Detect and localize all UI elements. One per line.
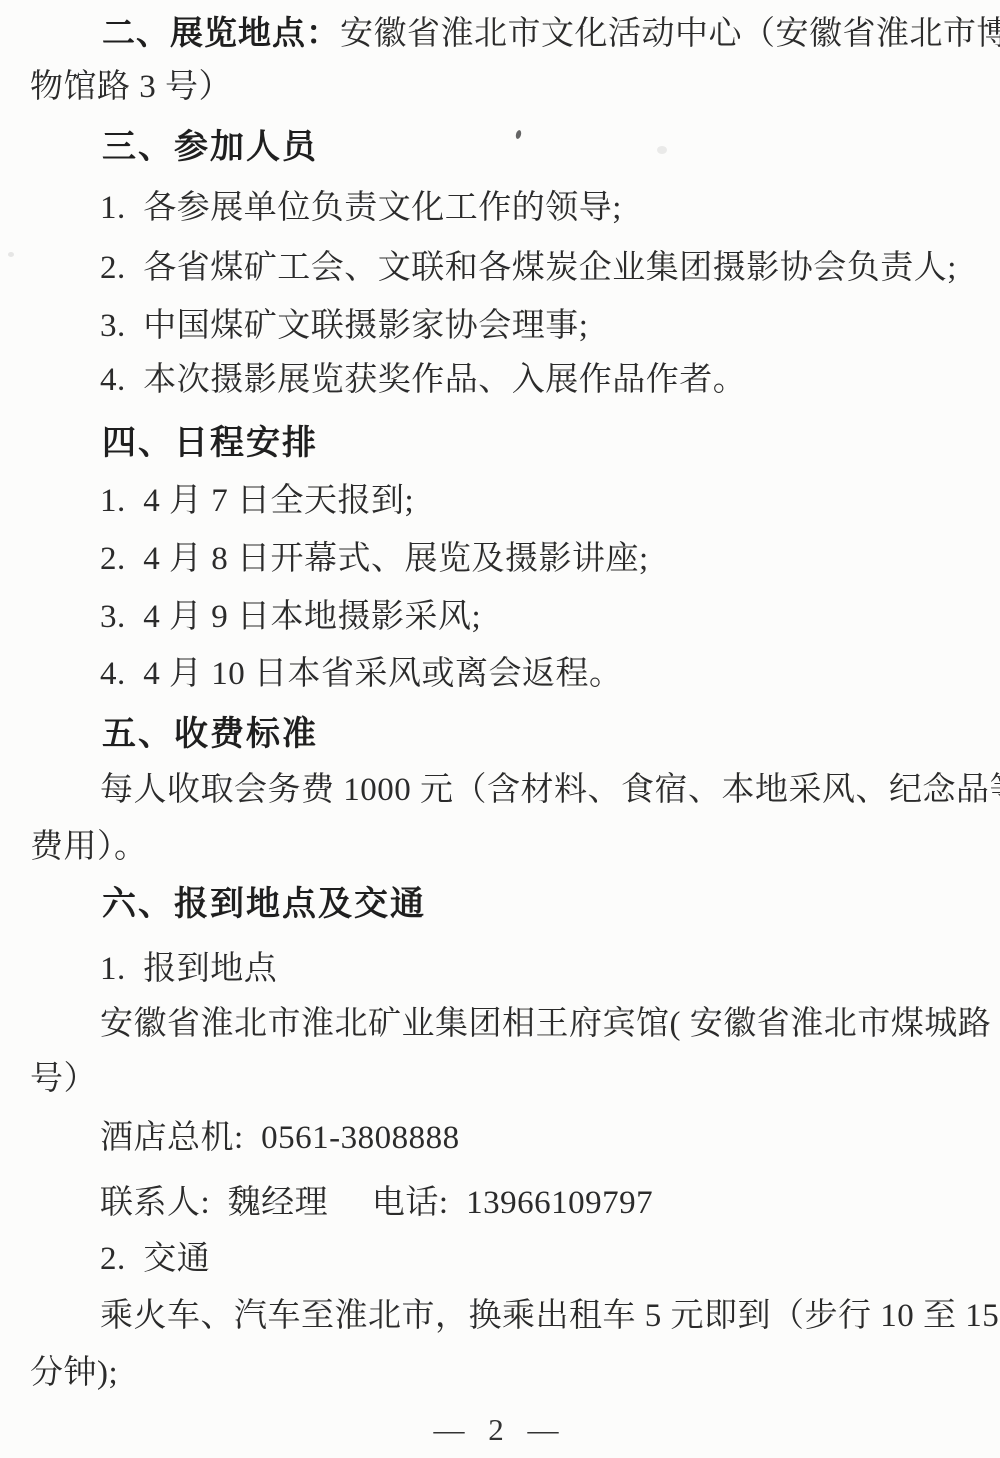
section-schedule-heading: 四、日程安排 bbox=[102, 423, 318, 464]
transport-line2: 分钟); bbox=[30, 1354, 118, 1394]
registration-address-line2: 号） bbox=[30, 1060, 97, 1100]
schedule-item-2: 2. 4 月 8 日开幕式、展览及摄影讲座; bbox=[100, 540, 649, 580]
fees-text-line1: 每人收取会务费 1000 元（含材料、食宿、本地采风、纪念品等 bbox=[100, 771, 1000, 811]
section-exhibition-location-line2: 物馆路 3 号） bbox=[30, 68, 232, 108]
scan-smudge bbox=[657, 146, 667, 154]
scan-speck bbox=[515, 130, 522, 140]
page-number: — 2 — bbox=[0, 1412, 1000, 1448]
section-participants-heading: 三、参加人员 bbox=[102, 127, 318, 168]
section-registration-heading: 六、报到地点及交通 bbox=[102, 884, 426, 925]
schedule-item-4: 4. 4 月 10 日本省采风或离会返程。 bbox=[100, 655, 623, 695]
scan-smudge bbox=[8, 252, 14, 257]
participants-item-3: 3. 中国煤矿文联摄影家协会理事; bbox=[100, 307, 588, 347]
section-exhibition-location-heading: 二、展览地点： bbox=[102, 14, 340, 51]
contact-line: 联系人: 魏经理 电话: 13966109797 bbox=[100, 1184, 653, 1224]
section-exhibition-location-line1: 二、展览地点：安徽省淮北市文化活动中心（安徽省淮北市博 bbox=[102, 13, 1000, 55]
registration-address-line1: 安徽省淮北市淮北矿业集团相王府宾馆( 安徽省淮北市煤城路 1 bbox=[100, 1005, 1000, 1045]
registration-sub2: 2. 交通 bbox=[100, 1240, 210, 1280]
fees-text-line2: 费用）。 bbox=[30, 828, 148, 868]
registration-sub1: 1. 报到地点 bbox=[100, 950, 277, 990]
transport-line1: 乘火车、汽车至淮北市，换乘出租车 5 元即到（步行 10 至 15 bbox=[100, 1297, 999, 1337]
hotel-phone-line: 酒店总机: 0561-3808888 bbox=[100, 1119, 460, 1159]
schedule-item-3: 3. 4 月 9 日本地摄影采风; bbox=[100, 598, 481, 638]
participants-item-2: 2. 各省煤矿工会、文联和各煤炭企业集团摄影协会负责人; bbox=[100, 249, 957, 289]
scanned-document-page: 二、展览地点：安徽省淮北市文化活动中心（安徽省淮北市博 物馆路 3 号） 三、参… bbox=[0, 0, 1000, 1458]
participants-item-1: 1. 各参展单位负责文化工作的领导; bbox=[100, 189, 622, 229]
participants-item-4: 4. 本次摄影展览获奖作品、入展作品作者。 bbox=[100, 361, 746, 401]
section-fees-heading: 五、收费标准 bbox=[102, 714, 318, 755]
schedule-item-1: 1. 4 月 7 日全天报到; bbox=[100, 482, 414, 522]
section-exhibition-location-text: 安徽省淮北市文化活动中心（安徽省淮北市博 bbox=[340, 16, 1000, 52]
